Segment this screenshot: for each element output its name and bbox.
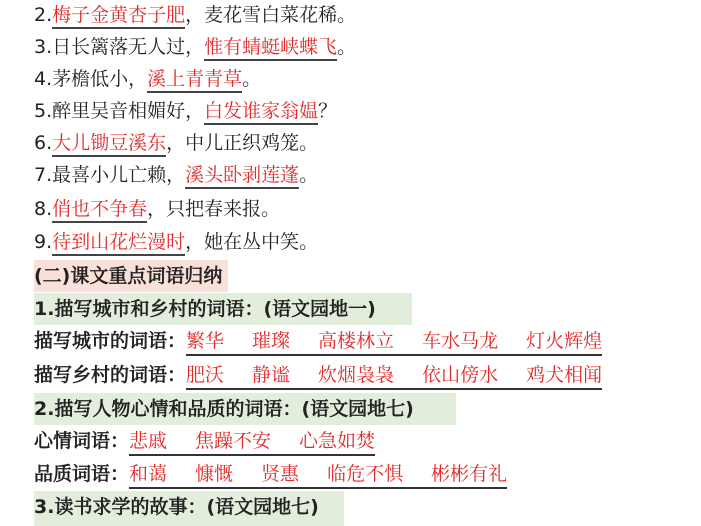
word: 高楼林立 — [318, 330, 394, 352]
answer-text: 俏也不争春 — [52, 198, 147, 223]
line-number: 4. — [34, 68, 52, 90]
line-number: 9. — [34, 231, 52, 253]
word: 繁华 — [186, 330, 224, 352]
poem-line-8: 8.俏也不争春，只把春来报。 — [34, 194, 280, 224]
mood-words-row: 心情词语： 悲戚焦躁不安心急如焚 — [34, 426, 375, 456]
prompt-text: ，中儿正织鸡笼。 — [166, 132, 318, 154]
mood-words-list: 悲戚焦躁不安心急如焚 — [129, 428, 375, 456]
subsection-title: 3.读书求学的故事：(语文园地七) — [34, 491, 344, 526]
village-words-list: 肥沃静谧炊烟袅袅依山傍水鸡犬相闻 — [186, 362, 602, 390]
word: 璀璨 — [252, 330, 290, 352]
punctuation: ？ — [318, 100, 337, 122]
poem-line-9: 9.待到山花烂漫时，她在丛中笑。 — [34, 227, 318, 257]
answer-text: 惟有蜻蜓峡蝶飞 — [204, 36, 337, 61]
word: 车水马龙 — [422, 330, 498, 352]
poem-line-6: 6.大儿锄豆溪东，中儿正织鸡笼。 — [34, 128, 318, 158]
poem-line-3: 3.日长篱落无人过，惟有蜻蜓峡蝶飞。 — [34, 32, 356, 62]
answer-text: 梅子金黄杏子肥 — [52, 4, 185, 29]
line-number: 5. — [34, 100, 52, 122]
prompt-text: 醉里吴音相媚好， — [52, 100, 204, 122]
prompt-text: ，她在丛中笑。 — [185, 231, 318, 253]
subsection-1-heading: 1.描写城市和乡村的词语：(语文园地一) — [34, 293, 412, 325]
word: 心急如焚 — [299, 430, 375, 452]
word: 临危不惧 — [327, 463, 403, 485]
poem-line-5: 5.醉里吴音相媚好，白发谁家翁媪？ — [34, 96, 337, 126]
answer-text: 白发谁家翁媪 — [204, 100, 318, 125]
word: 悲戚 — [129, 430, 167, 452]
answer-text: 溪上青青草 — [147, 68, 242, 93]
city-words-row: 描写城市的词语： 繁华璀璨高楼林立车水马龙灯火辉煌 — [34, 326, 602, 356]
line-number: 8. — [34, 198, 52, 220]
line-number: 3. — [34, 36, 52, 58]
word: 炊烟袅袅 — [318, 364, 394, 386]
quality-words-list: 和蔼慷慨贤惠临危不惧彬彬有礼 — [129, 461, 507, 489]
section-title: (二)课文重点词语归纳 — [34, 260, 228, 292]
punctuation: 。 — [242, 68, 261, 90]
prompt-text: 最喜小儿亡赖， — [52, 164, 185, 186]
prompt-text: ，麦花雪白菜花稀。 — [185, 4, 356, 26]
subsection-title: 2.描写人物心情和品质的词语：(语文园地七) — [34, 393, 456, 425]
punctuation: 。 — [299, 164, 318, 186]
word: 肥沃 — [186, 364, 224, 386]
prompt-text: ，只把春来报。 — [147, 198, 280, 220]
section-heading: (二)课文重点词语归纳 — [34, 260, 228, 292]
line-number: 7. — [34, 164, 52, 186]
word: 慷慨 — [195, 463, 233, 485]
prompt-text: 茅檐低小， — [52, 68, 147, 90]
village-words-label: 描写乡村的词语： — [34, 364, 186, 386]
answer-text: 大儿锄豆溪东 — [52, 132, 166, 157]
line-number: 2. — [34, 4, 52, 26]
mood-words-label: 心情词语： — [34, 430, 129, 452]
line-number: 6. — [34, 132, 52, 154]
poem-line-4: 4.茅檐低小，溪上青青草。 — [34, 64, 261, 94]
punctuation: 。 — [337, 36, 356, 58]
word: 彬彬有礼 — [431, 463, 507, 485]
subsection-title: 1.描写城市和乡村的词语：(语文园地一) — [34, 293, 412, 325]
word: 静谧 — [252, 364, 290, 386]
poem-line-7: 7.最喜小儿亡赖，溪头卧剥莲蓬。 — [34, 160, 318, 190]
prompt-text: 日长篱落无人过， — [52, 36, 204, 58]
word: 灯火辉煌 — [526, 330, 602, 352]
poem-line-2: 2.梅子金黄杏子肥，麦花雪白菜花稀。 — [34, 0, 356, 30]
word: 鸡犬相闻 — [526, 364, 602, 386]
subsection-3-heading: 3.读书求学的故事：(语文园地七) — [34, 491, 344, 526]
answer-text: 溪头卧剥莲蓬 — [185, 164, 299, 189]
subsection-2-heading: 2.描写人物心情和品质的词语：(语文园地七) — [34, 393, 456, 425]
answer-text: 待到山花烂漫时 — [52, 231, 185, 256]
quality-words-row: 品质词语： 和蔼慷慨贤惠临危不惧彬彬有礼 — [34, 459, 507, 489]
word: 焦躁不安 — [195, 430, 271, 452]
word: 和蔼 — [129, 463, 167, 485]
word: 依山傍水 — [422, 364, 498, 386]
quality-words-label: 品质词语： — [34, 463, 129, 485]
village-words-row: 描写乡村的词语： 肥沃静谧炊烟袅袅依山傍水鸡犬相闻 — [34, 360, 602, 390]
city-words-list: 繁华璀璨高楼林立车水马龙灯火辉煌 — [186, 328, 602, 356]
city-words-label: 描写城市的词语： — [34, 330, 186, 352]
word: 贤惠 — [261, 463, 299, 485]
